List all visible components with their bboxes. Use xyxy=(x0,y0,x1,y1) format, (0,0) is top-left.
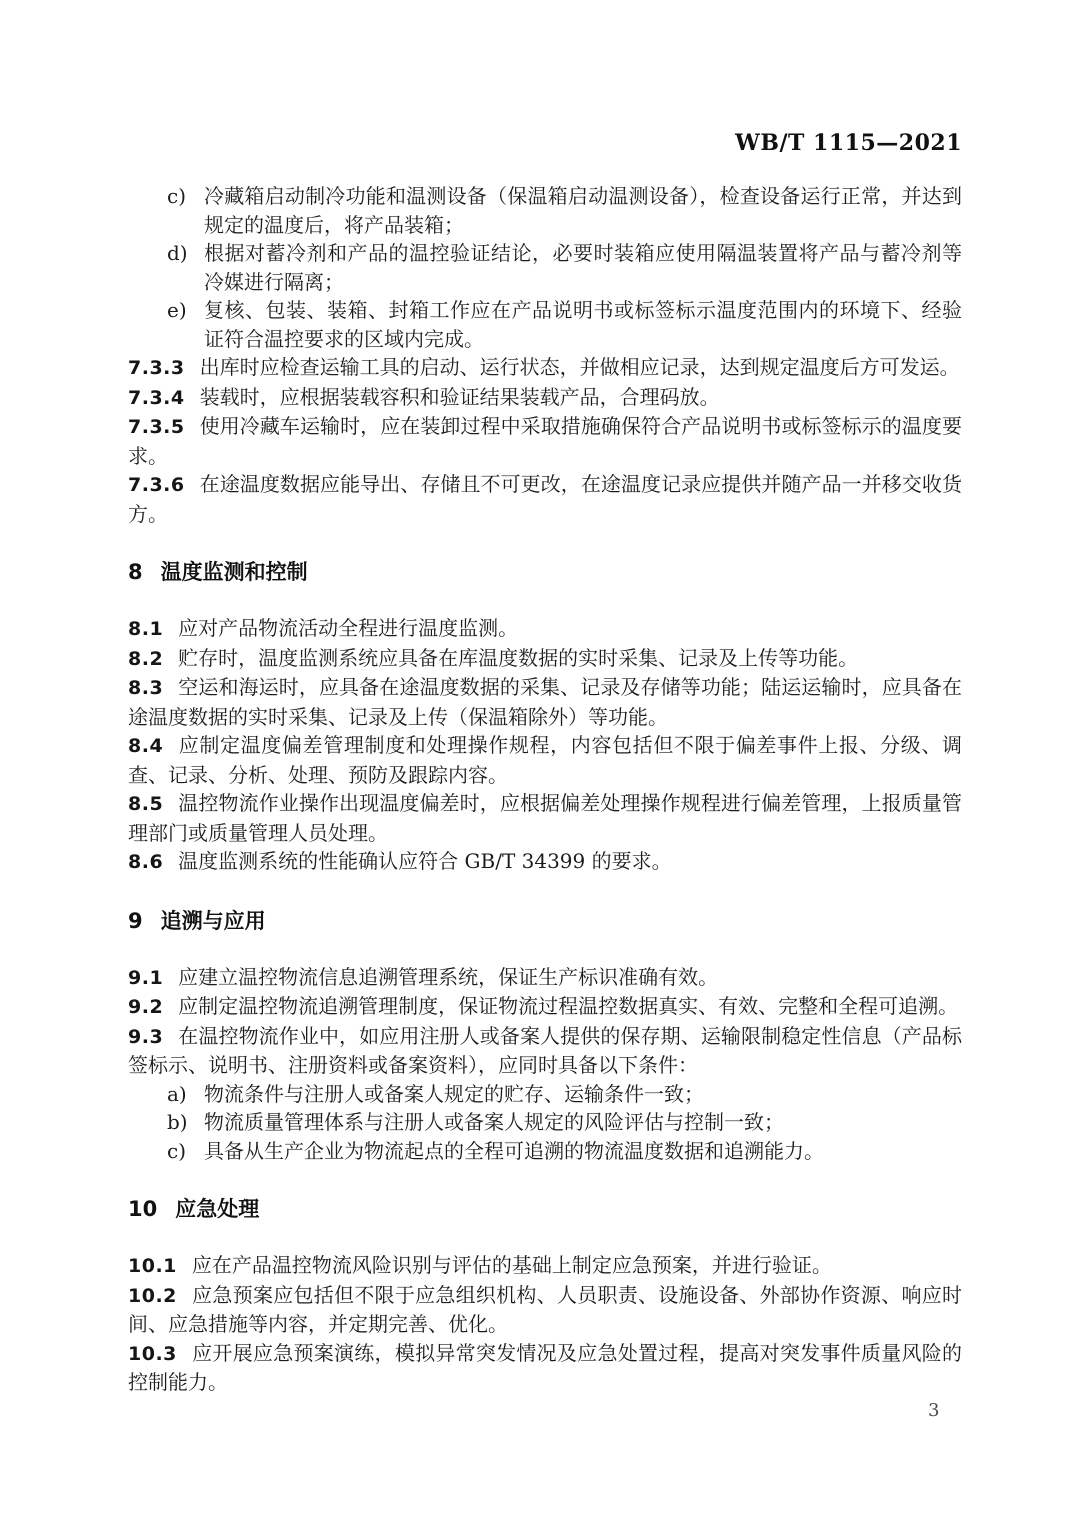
clause-number: 8.3 xyxy=(128,677,163,699)
clause-9-3: 9.3在温控物流作业中，如应用注册人或备案人提供的保存期、运输限制稳定性信息（产… xyxy=(128,1022,962,1080)
clause-text: 出库时应检查运输工具的启动、运行状态，并做相应记录，达到规定温度后方可发运。 xyxy=(200,355,960,379)
clause-number: 10.1 xyxy=(128,1255,177,1277)
section-title: 应急处理 xyxy=(175,1197,259,1221)
clause-text: 温控物流作业操作出现温度偏差时，应根据偏差处理操作规程进行偏差管理，上报质量管理… xyxy=(128,791,962,845)
clause-number: 9.2 xyxy=(128,996,163,1018)
list-item-marker: b) xyxy=(167,1108,204,1137)
section-8-heading: 8温度监测和控制 xyxy=(128,558,962,586)
clause-text: 应制定温控物流追溯管理制度，保证物流过程温控数据真实、有效、完整和全程可追溯。 xyxy=(178,994,958,1018)
list-item-text: 物流条件与注册人或备案人规定的贮存、运输条件一致； xyxy=(204,1080,962,1109)
list-item-d: d) 根据对蓄冷剂和产品的温控验证结论，必要时装箱应使用隔温装置将产品与蓄冷剂等… xyxy=(128,239,962,296)
sub-list-item-a: a) 物流条件与注册人或备案人规定的贮存、运输条件一致； xyxy=(128,1080,962,1109)
list-item-marker: c) xyxy=(167,182,204,239)
section-number: 10 xyxy=(128,1197,157,1221)
list-item-marker: a) xyxy=(167,1080,204,1109)
clause-9-2: 9.2应制定温控物流追溯管理制度，保证物流过程温控数据真实、有效、完整和全程可追… xyxy=(128,992,962,1022)
sub-list-item-c: c) 具备从生产企业为物流起点的全程可追溯的物流温度数据和追溯能力。 xyxy=(128,1137,962,1166)
clause-number: 7.3.3 xyxy=(128,357,185,379)
list-item-text: 物流质量管理体系与注册人或备案人规定的风险评估与控制一致； xyxy=(204,1108,962,1137)
clause-number: 9.1 xyxy=(128,967,163,989)
list-item-marker: e) xyxy=(167,296,204,353)
clause-8-3: 8.3空运和海运时，应具备在途温度数据的采集、记录及存储等功能；陆运运输时，应具… xyxy=(128,673,962,731)
list-item-text: 根据对蓄冷剂和产品的温控验证结论，必要时装箱应使用隔温装置将产品与蓄冷剂等冷媒进… xyxy=(204,239,962,296)
clause-text: 空运和海运时，应具备在途温度数据的采集、记录及存储等功能；陆运运输时，应具备在途… xyxy=(128,675,962,729)
doc-number: WB/T 1115—2021 xyxy=(735,130,962,156)
clause-text: 应开展应急预案演练，模拟异常突发情况及应急处置过程，提高对突发事件质量风险的控制… xyxy=(128,1341,962,1395)
clause-number: 8.6 xyxy=(128,851,163,873)
document-page: WB/T 1115—2021 c) 冷藏箱启动制冷功能和温测设备（保温箱启动温测… xyxy=(0,0,1080,1527)
list-item-e: e) 复核、包装、装箱、封箱工作应在产品说明书或标签标示温度范围内的环境下、经验… xyxy=(128,296,962,353)
clause-10-2: 10.2应急预案应包括但不限于应急组织机构、人员职责、设施设备、外部协作资源、响… xyxy=(128,1281,962,1339)
clause-10-1: 10.1应在产品温控物流风险识别与评估的基础上制定应急预案，并进行验证。 xyxy=(128,1251,962,1281)
clause-10-3: 10.3应开展应急预案演练，模拟异常突发情况及应急处置过程，提高对突发事件质量风… xyxy=(128,1339,962,1397)
clause-text: 应建立温控物流信息追溯管理系统，保证生产标识准确有效。 xyxy=(178,965,718,989)
clause-text: 温度监测系统的性能确认应符合 GB/T 34399 的要求。 xyxy=(178,849,671,873)
clause-number: 10.3 xyxy=(128,1343,177,1365)
clause-8-5: 8.5温控物流作业操作出现温度偏差时，应根据偏差处理操作规程进行偏差管理，上报质… xyxy=(128,789,962,847)
section-9-heading: 9追溯与应用 xyxy=(128,907,962,935)
clause-text: 在温控物流作业中，如应用注册人或备案人提供的保存期、运输限制稳定性信息（产品标签… xyxy=(128,1024,962,1078)
clause-text: 应在产品温控物流风险识别与评估的基础上制定应急预案，并进行验证。 xyxy=(192,1253,832,1277)
clause-number: 9.3 xyxy=(128,1026,163,1048)
list-item-text: 具备从生产企业为物流起点的全程可追溯的物流温度数据和追溯能力。 xyxy=(204,1137,962,1166)
clause-7-3-6: 7.3.6在途温度数据应能导出、存储且不可更改，在途温度记录应提供并随产品一并移… xyxy=(128,470,962,528)
list-item-c: c) 冷藏箱启动制冷功能和温测设备（保温箱启动温测设备），检查设备运行正常，并达… xyxy=(128,182,962,239)
section-title: 追溯与应用 xyxy=(161,909,266,933)
clause-number: 7.3.5 xyxy=(128,416,185,438)
clause-7-3-3: 7.3.3出库时应检查运输工具的启动、运行状态，并做相应记录，达到规定温度后方可… xyxy=(128,353,962,383)
list-item-text: 复核、包装、装箱、封箱工作应在产品说明书或标签标示温度范围内的环境下、经验证符合… xyxy=(204,296,962,353)
list-item-marker: d) xyxy=(167,239,204,296)
clause-number: 8.1 xyxy=(128,618,163,640)
clause-number: 8.5 xyxy=(128,793,163,815)
clause-7-3-4: 7.3.4装载时，应根据装载容积和验证结果装载产品，合理码放。 xyxy=(128,383,962,413)
clause-text: 使用冷藏车运输时，应在装卸过程中采取措施确保符合产品说明书或标签标示的温度要求。 xyxy=(128,414,962,468)
clause-8-4: 8.4应制定温度偏差管理制度和处理操作规程，内容包括但不限于偏差事件上报、分级、… xyxy=(128,731,962,789)
sub-list-item-b: b) 物流质量管理体系与注册人或备案人规定的风险评估与控制一致； xyxy=(128,1108,962,1137)
list-item-marker: c) xyxy=(167,1137,204,1166)
clause-8-1: 8.1应对产品物流活动全程进行温度监测。 xyxy=(128,614,962,644)
clause-text: 应急预案应包括但不限于应急组织机构、人员职责、设施设备、外部协作资源、响应时间、… xyxy=(128,1283,962,1337)
clause-9-1: 9.1应建立温控物流信息追溯管理系统，保证生产标识准确有效。 xyxy=(128,963,962,993)
clause-8-6: 8.6温度监测系统的性能确认应符合 GB/T 34399 的要求。 xyxy=(128,847,962,877)
list-item-text: 冷藏箱启动制冷功能和温测设备（保温箱启动温测设备），检查设备运行正常，并达到规定… xyxy=(204,182,962,239)
clause-text: 应制定温度偏差管理制度和处理操作规程，内容包括但不限于偏差事件上报、分级、调查、… xyxy=(128,733,962,787)
clause-text: 贮存时，温度监测系统应具备在库温度数据的实时采集、记录及上传等功能。 xyxy=(178,646,858,670)
clause-text: 应对产品物流活动全程进行温度监测。 xyxy=(178,616,518,640)
clause-number: 7.3.4 xyxy=(128,387,185,409)
clause-number: 10.2 xyxy=(128,1285,177,1307)
clause-number: 7.3.6 xyxy=(128,474,185,496)
clause-text: 装载时，应根据装载容积和验证结果装载产品，合理码放。 xyxy=(200,385,720,409)
page-header: WB/T 1115—2021 xyxy=(128,130,962,156)
clause-text: 在途温度数据应能导出、存储且不可更改，在途温度记录应提供并随产品一并移交收货方。 xyxy=(128,472,962,526)
section-number: 9 xyxy=(128,909,143,933)
page-number: 3 xyxy=(928,1400,939,1421)
clause-number: 8.4 xyxy=(128,735,163,757)
section-number: 8 xyxy=(128,560,143,584)
clause-number: 8.2 xyxy=(128,648,163,670)
clause-8-2: 8.2贮存时，温度监测系统应具备在库温度数据的实时采集、记录及上传等功能。 xyxy=(128,644,962,674)
clause-7-3-5: 7.3.5使用冷藏车运输时，应在装卸过程中采取措施确保符合产品说明书或标签标示的… xyxy=(128,412,962,470)
section-10-heading: 10应急处理 xyxy=(128,1195,962,1223)
section-title: 温度监测和控制 xyxy=(161,560,308,584)
